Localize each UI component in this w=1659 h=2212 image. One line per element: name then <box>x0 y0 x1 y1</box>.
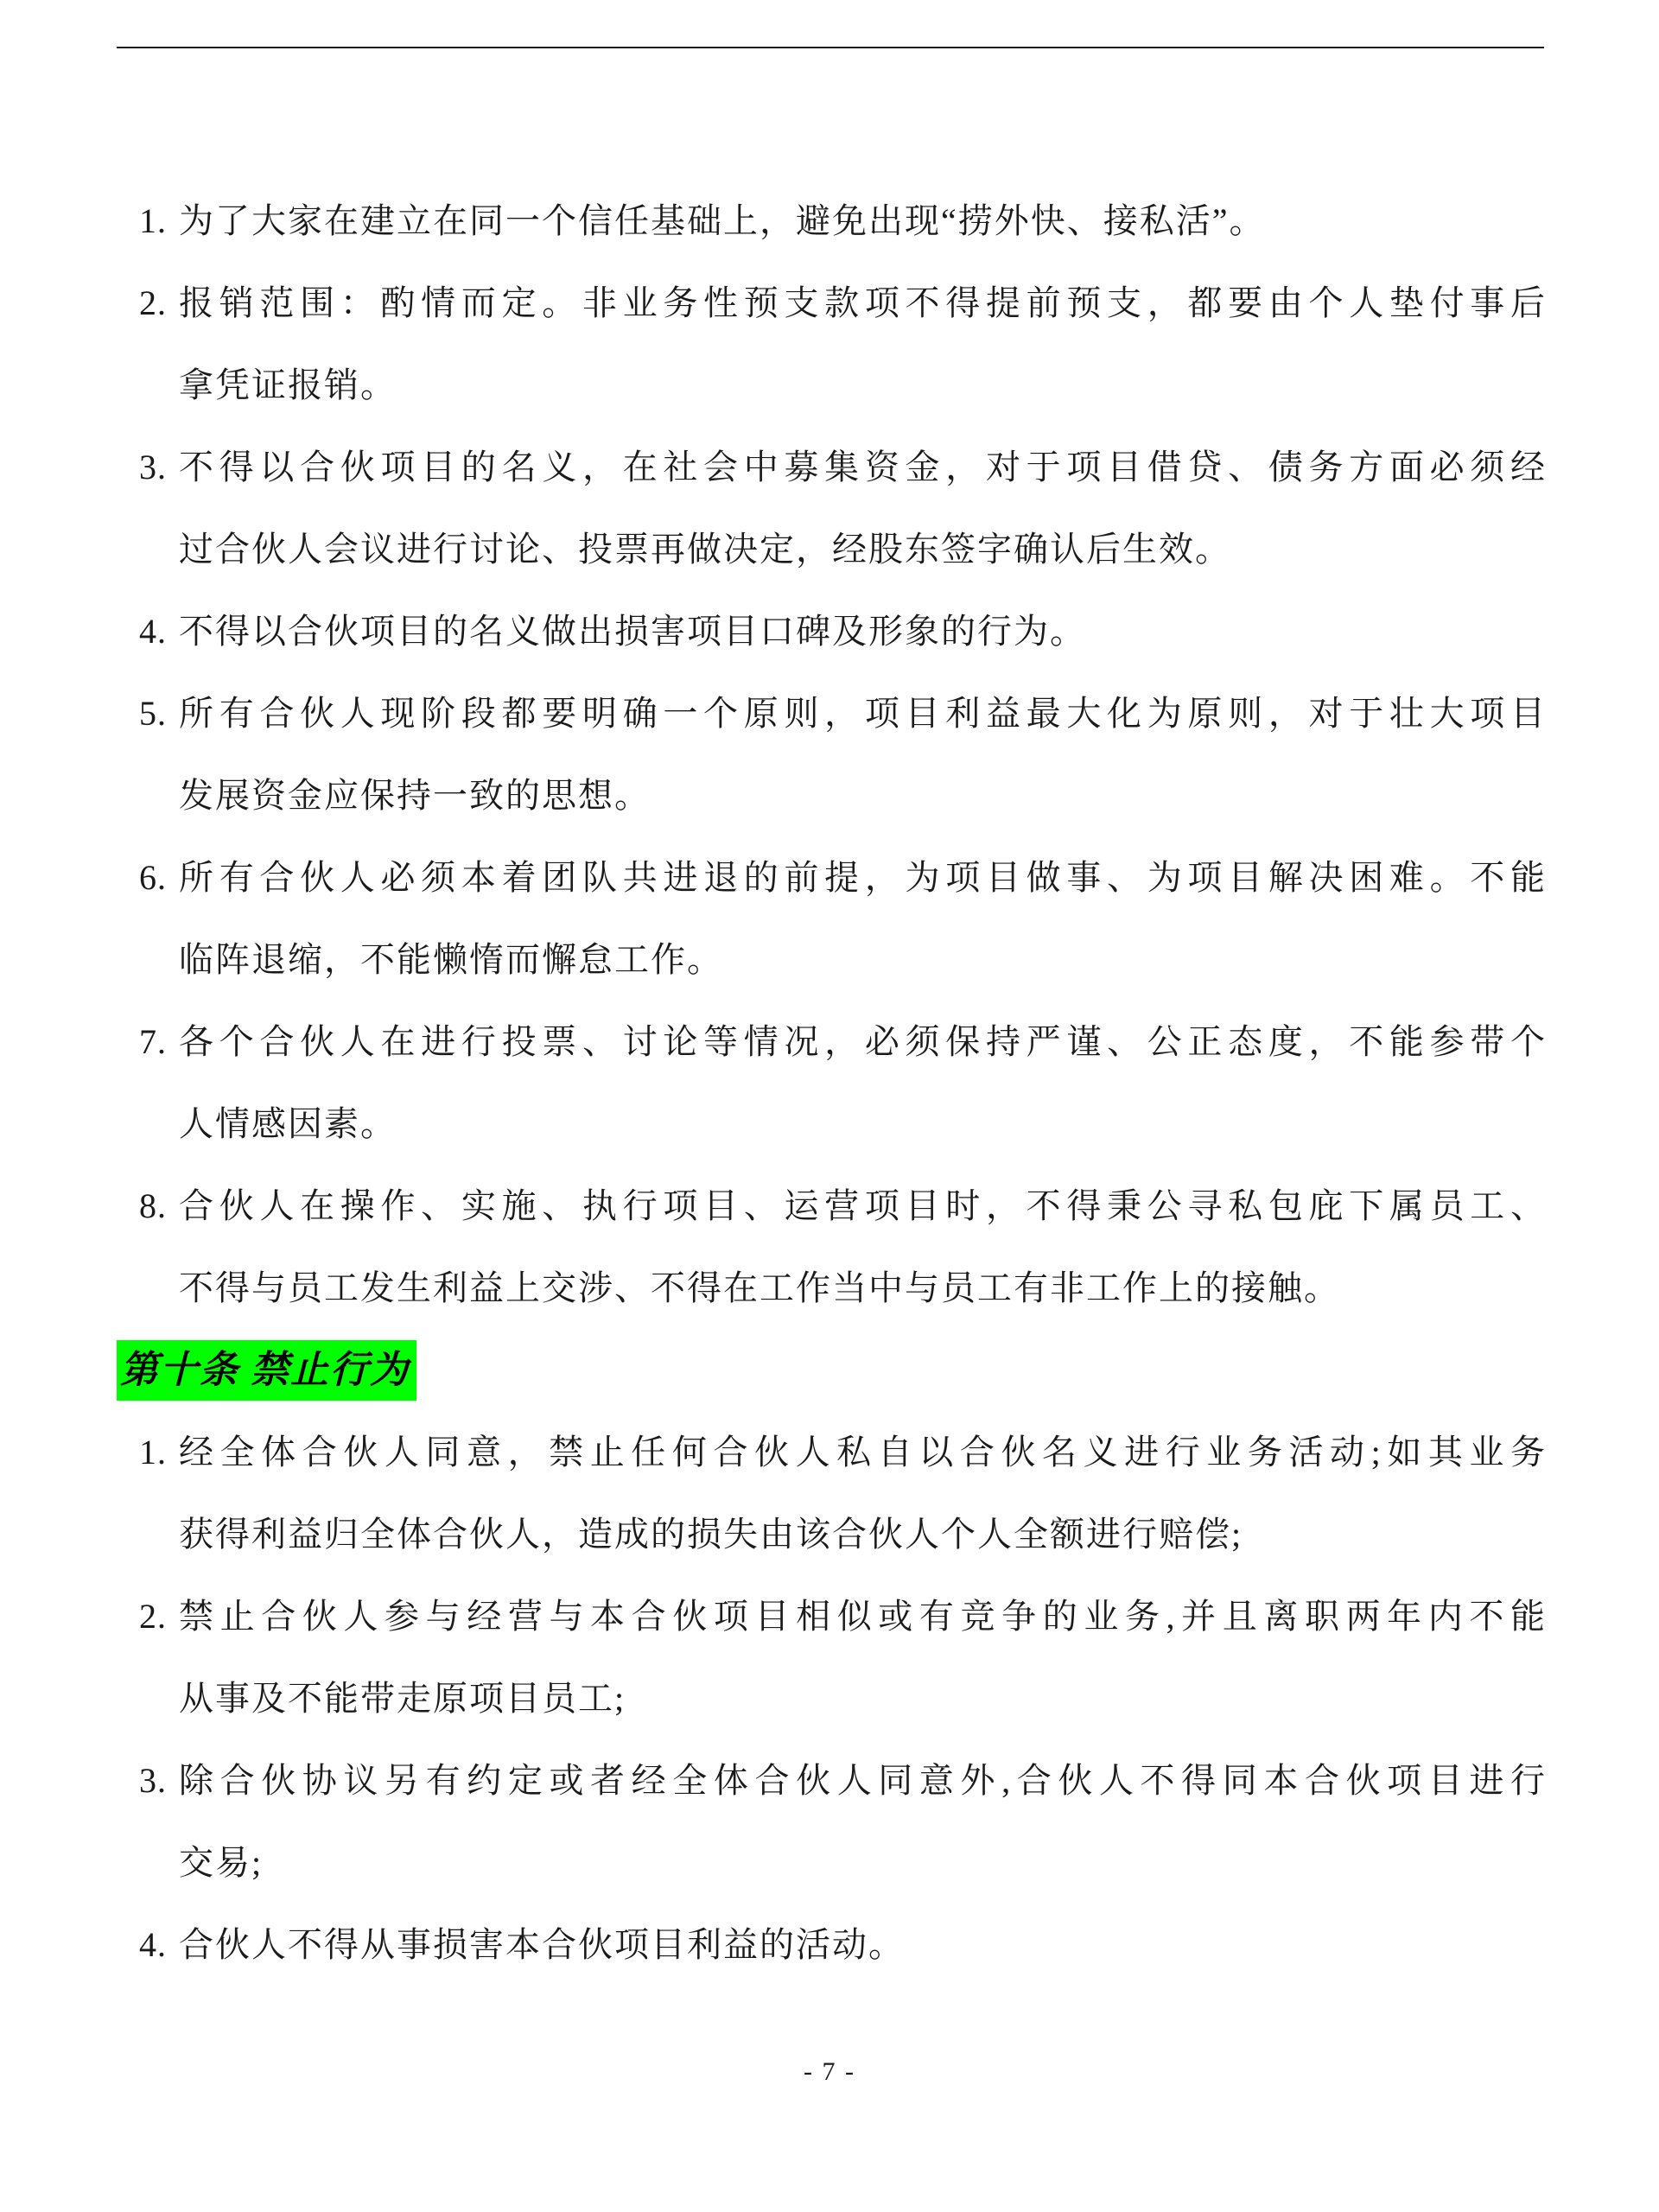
list-item: 8. 合伙人在操作、实施、执行项目、运营项目时，不得秉公寻私包庇下属员工、 不得… <box>117 1165 1547 1329</box>
list-item: 2. 报销范围：酌情而定。非业务性预支款项不得提前预支，都要由个人垫付事后 拿凭… <box>117 262 1547 426</box>
page-number: - 7 - <box>0 2055 1659 2089</box>
list-item-line: 交易; <box>179 1821 1547 1904</box>
list-item-text: 合伙人在操作、实施、执行项目、运营项目时，不得秉公寻私包庇下属员工、 不得与员工… <box>179 1165 1547 1329</box>
list-item-line: 所有合伙人必须本着团队共进退的前提，为项目做事、为项目解决困难。不能 <box>179 836 1547 918</box>
list-item-line: 禁止合伙人参与经营与本合伙项目相似或有竞争的业务,并且离职两年内不能 <box>179 1575 1547 1657</box>
list-item-line: 合伙人在操作、实施、执行项目、运营项目时，不得秉公寻私包庇下属员工、 <box>179 1165 1547 1247</box>
list-item-number: 8. <box>117 1165 179 1247</box>
list-item-line: 为了大家在建立在同一个信任基础上，避免出现“捞外快、接私活”。 <box>179 180 1547 262</box>
list-item-text: 经全体合伙人同意，禁止任何合伙人私自以合伙名义进行业务活动;如其业务 获得利益归… <box>179 1411 1547 1575</box>
list-item-number: 6. <box>117 836 179 918</box>
list-item-line: 不得以合伙项目的名义，在社会中募集资金，对于项目借贷、债务方面必须经 <box>179 426 1547 508</box>
list-item: 1. 经全体合伙人同意，禁止任何合伙人私自以合伙名义进行业务活动;如其业务 获得… <box>117 1411 1547 1575</box>
list-item-line: 发展资金应保持一致的思想。 <box>179 754 1547 836</box>
list-item: 7. 各个合伙人在进行投票、讨论等情况，必须保持严谨、公正态度，不能参带个 人情… <box>117 1001 1547 1165</box>
list-item-text: 禁止合伙人参与经营与本合伙项目相似或有竞争的业务,并且离职两年内不能 从事及不能… <box>179 1575 1547 1739</box>
header-rule <box>117 47 1544 48</box>
list-item: 4. 合伙人不得从事损害本合伙项目利益的活动。 <box>117 1904 1547 1986</box>
list-item-line: 过合伙人会议进行讨论、投票再做决定，经股东签字确认后生效。 <box>179 508 1547 590</box>
list-item-number: 3. <box>117 1739 179 1821</box>
list-item-text: 各个合伙人在进行投票、讨论等情况，必须保持严谨、公正态度，不能参带个 人情感因素… <box>179 1001 1547 1165</box>
article-heading-row: 第十条 禁止行为 <box>117 1329 1547 1411</box>
list-item-line: 经全体合伙人同意，禁止任何合伙人私自以合伙名义进行业务活动;如其业务 <box>179 1411 1547 1493</box>
list-item-line: 不得与员工发生利益上交涉、不得在工作当中与员工有非工作上的接触。 <box>179 1247 1547 1329</box>
list-item-line: 人情感因素。 <box>179 1083 1547 1165</box>
list-item: 3. 除合伙协议另有约定或者经全体合伙人同意外,合伙人不得同本合伙项目进行 交易… <box>117 1739 1547 1904</box>
list-item: 1. 为了大家在建立在同一个信任基础上，避免出现“捞外快、接私活”。 <box>117 180 1547 262</box>
list-item-text: 不得以合伙项目的名义，在社会中募集资金，对于项目借贷、债务方面必须经 过合伙人会… <box>179 426 1547 590</box>
list-item-number: 2. <box>117 1575 179 1657</box>
list-item-text: 为了大家在建立在同一个信任基础上，避免出现“捞外快、接私活”。 <box>179 180 1547 262</box>
list-item-line: 报销范围：酌情而定。非业务性预支款项不得提前预支，都要由个人垫付事后 <box>179 262 1547 344</box>
list-item-number: 4. <box>117 1904 179 1986</box>
list-item-text: 除合伙协议另有约定或者经全体合伙人同意外,合伙人不得同本合伙项目进行 交易; <box>179 1739 1547 1904</box>
list-item-number: 2. <box>117 262 179 344</box>
page-content: 1. 为了大家在建立在同一个信任基础上，避免出现“捞外快、接私活”。 2. 报销… <box>117 180 1547 1986</box>
list-item-number: 1. <box>117 1411 179 1493</box>
list-item: 2. 禁止合伙人参与经营与本合伙项目相似或有竞争的业务,并且离职两年内不能 从事… <box>117 1575 1547 1739</box>
list-item: 3. 不得以合伙项目的名义，在社会中募集资金，对于项目借贷、债务方面必须经 过合… <box>117 426 1547 590</box>
list-item-line: 获得利益归全体合伙人，造成的损失由该合伙人个人全额进行赔偿; <box>179 1493 1547 1575</box>
list-item-text: 所有合伙人现阶段都要明确一个原则，项目利益最大化为原则，对于壮大项目 发展资金应… <box>179 672 1547 836</box>
list-item-text: 合伙人不得从事损害本合伙项目利益的活动。 <box>179 1904 1547 1986</box>
document-page: 1. 为了大家在建立在同一个信任基础上，避免出现“捞外快、接私活”。 2. 报销… <box>0 0 1659 2212</box>
list-item-line: 从事及不能带走原项目员工; <box>179 1657 1547 1739</box>
list-item: 6. 所有合伙人必须本着团队共进退的前提，为项目做事、为项目解决困难。不能 临阵… <box>117 836 1547 1001</box>
list-item-line: 拿凭证报销。 <box>179 344 1547 426</box>
list-item-line: 临阵退缩，不能懒惰而懈怠工作。 <box>179 918 1547 1001</box>
list-item-line: 所有合伙人现阶段都要明确一个原则，项目利益最大化为原则，对于壮大项目 <box>179 672 1547 754</box>
list-item-number: 7. <box>117 1001 179 1083</box>
list-item-line: 合伙人不得从事损害本合伙项目利益的活动。 <box>179 1904 1547 1986</box>
list-item-line: 各个合伙人在进行投票、讨论等情况，必须保持严谨、公正态度，不能参带个 <box>179 1001 1547 1083</box>
list-item-text: 所有合伙人必须本着团队共进退的前提，为项目做事、为项目解决困难。不能 临阵退缩，… <box>179 836 1547 1001</box>
list-item-line: 不得以合伙项目的名义做出损害项目口碑及形象的行为。 <box>179 590 1547 672</box>
list-item-number: 3. <box>117 426 179 508</box>
list-item-text: 报销范围：酌情而定。非业务性预支款项不得提前预支，都要由个人垫付事后 拿凭证报销… <box>179 262 1547 426</box>
list-item: 4. 不得以合伙项目的名义做出损害项目口碑及形象的行为。 <box>117 590 1547 672</box>
list-item-number: 5. <box>117 672 179 754</box>
list-item-text: 不得以合伙项目的名义做出损害项目口碑及形象的行为。 <box>179 590 1547 672</box>
article-heading-highlight: 第十条 禁止行为 <box>117 1340 416 1401</box>
list-item-number: 4. <box>117 590 179 672</box>
list-item: 5. 所有合伙人现阶段都要明确一个原则，项目利益最大化为原则，对于壮大项目 发展… <box>117 672 1547 836</box>
list-item-line: 除合伙协议另有约定或者经全体合伙人同意外,合伙人不得同本合伙项目进行 <box>179 1739 1547 1821</box>
list-item-number: 1. <box>117 180 179 262</box>
